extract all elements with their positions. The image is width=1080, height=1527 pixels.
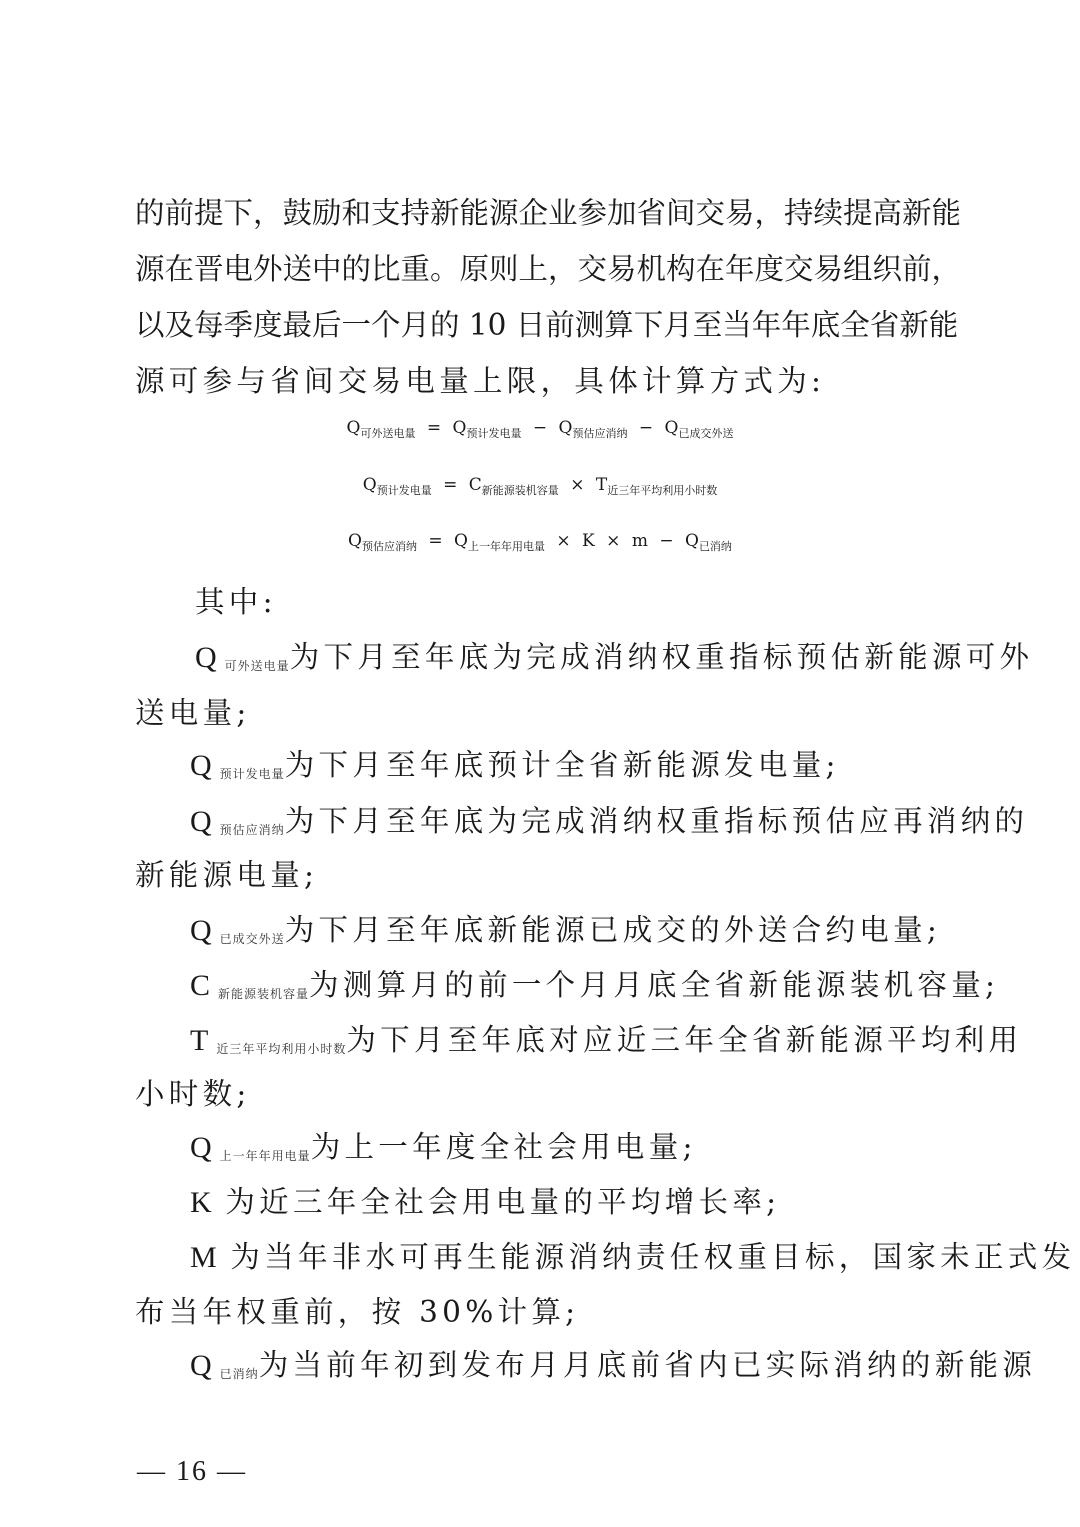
formula-var: Q: [665, 418, 679, 438]
formula-var: Q: [348, 531, 362, 551]
body-text-line: 源可参与省间交易电量上限，具体计算方式为:: [135, 361, 947, 401]
formula-subscript: 预计发电量: [377, 484, 432, 497]
definition-symbol: M: [190, 1241, 217, 1274]
formula-1: Q可外送电量 = Q预计发电量 − Q预估应消纳 − Q已成交外送: [0, 416, 1080, 446]
page-number: — 16 —: [137, 1455, 247, 1489]
definition-subscript: 预估应消纳: [220, 823, 285, 837]
formula-var: m: [632, 531, 648, 551]
formula-var: T: [596, 475, 607, 495]
formula-operator: ×: [570, 475, 584, 495]
formula-subscript: 预估应消纳: [362, 540, 417, 553]
definition-symbol: K: [190, 1186, 212, 1219]
definition-text: 为下月至年底新能源已成交的外送合约电量;: [285, 913, 941, 947]
formula-operator: −: [639, 418, 653, 438]
definition-text: 为测算月的前一个月月底全省新能源装机容量;: [309, 968, 999, 1002]
formula-var: Q: [454, 531, 468, 551]
formula-operator: ×: [556, 531, 570, 551]
formula-operator: −: [659, 531, 673, 551]
definition-q-contracted-export: Q已成交外送为下月至年底新能源已成交的外送合约电量;: [190, 910, 1002, 959]
definition-subscript: 上一年年用电量: [220, 1149, 311, 1163]
definition-subscript: 已消纳: [220, 1367, 259, 1381]
definition-q-estimated-consumption: Q预估应消纳为下月至年底为完成消纳权重指标预估应再消纳的: [190, 801, 1002, 850]
formula-subscript: 预计发电量: [466, 427, 521, 440]
definition-symbol: Q: [195, 641, 217, 674]
definition-symbol: C: [190, 969, 210, 1002]
definition-symbol: Q: [190, 1349, 212, 1382]
definition-continuation: 新能源电量;: [135, 855, 947, 895]
formula-operator: =: [427, 418, 441, 438]
formula-var: Q: [453, 418, 467, 438]
definition-text: 为下月至年底对应近三年全省新能源平均利用: [346, 1023, 1022, 1057]
formula-2: Q预计发电量 = C新能源装机容量 × T近三年平均利用小时数: [0, 473, 1080, 503]
definition-continuation: 小时数;: [135, 1074, 947, 1114]
formula-subscript: 已消纳: [699, 540, 732, 553]
formula-var: Q: [559, 418, 573, 438]
definition-text: 为上一年度全社会用电量;: [311, 1130, 697, 1164]
body-text-line: 源在晋电外送中的比重。原则上，交易机构在年度交易组织前，: [135, 249, 947, 289]
definition-subscript: 可外送电量: [225, 659, 290, 673]
definition-text: 为当前年初到发布月月底前省内已实际消纳的新能源: [259, 1348, 1036, 1382]
definition-m-weight-target: M 为当年非水可再生能源消纳责任权重目标，国家未正式发: [190, 1237, 1002, 1278]
formula-operator: =: [428, 531, 442, 551]
formula-var: Q: [347, 418, 361, 438]
formula-subscript: 预估应消纳: [572, 427, 627, 440]
definition-subscript: 预计发电量: [220, 767, 285, 781]
formula-subscript: 已成交外送: [678, 427, 733, 440]
definition-subscript: 新能源装机容量: [218, 987, 309, 1001]
formula-subscript: 上一年年用电量: [468, 540, 545, 553]
definition-symbol: T: [190, 1024, 208, 1057]
definition-symbol: Q: [190, 749, 212, 782]
definition-text: 为下月至年底为完成消纳权重指标预估应再消纳的: [285, 804, 1029, 838]
definition-q-consumed: Q已消纳为当前年初到发布月月底前省内已实际消纳的新能源: [190, 1345, 1002, 1394]
definition-c-installed-capacity: C新能源装机容量为测算月的前一个月月底全省新能源装机容量;: [190, 965, 1002, 1014]
body-text-line: 以及每季度最后一个月的 10 日前测算下月至当年年底全省新能: [135, 305, 947, 345]
definition-symbol: Q: [190, 1131, 212, 1164]
definition-subscript: 近三年平均利用小时数: [216, 1042, 346, 1056]
definition-text: 为下月至年底为完成消纳权重指标预估新能源可外: [290, 640, 1034, 674]
definition-subscript: 已成交外送: [220, 932, 285, 946]
formula-var: Q: [363, 475, 377, 495]
formula-var: Q: [685, 531, 699, 551]
definition-text: 为近三年全社会用电量的平均增长率;: [212, 1185, 781, 1219]
definition-continuation: 送电量;: [135, 693, 947, 733]
definition-text: 为下月至年底预计全省新能源发电量;: [285, 748, 840, 782]
definition-text: 为当年非水可再生能源消纳责任权重目标，国家未正式发: [217, 1240, 1076, 1274]
definition-continuation: 布当年权重前，按 30%计算;: [135, 1292, 947, 1332]
definition-q-exportable: Q可外送电量为下月至年底为完成消纳权重指标预估新能源可外: [195, 637, 1007, 686]
body-text-line: 的前提下，鼓励和支持新能源企业参加省间交易，持续提高新能: [135, 193, 947, 233]
formula-operator: −: [533, 418, 547, 438]
definition-k-growth-rate: K 为近三年全社会用电量的平均增长率;: [190, 1182, 1002, 1223]
definition-q-last-year-consumption: Q上一年年用电量为上一年度全社会用电量;: [190, 1127, 1002, 1176]
formula-3: Q预估应消纳 = Q上一年年用电量 × K × m − Q已消纳: [0, 529, 1080, 559]
formula-operator: ×: [606, 531, 620, 551]
formula-operator: =: [443, 475, 457, 495]
formula-var: K: [582, 531, 595, 551]
formula-subscript: 可外送电量: [360, 427, 415, 440]
definition-symbol: Q: [190, 914, 212, 947]
definition-t-utilization-hours: T近三年平均利用小时数为下月至年底对应近三年全省新能源平均利用: [190, 1020, 1002, 1069]
formula-var: C: [469, 475, 482, 495]
where-label: 其中:: [195, 582, 1007, 622]
formula-subscript: 新能源装机容量: [482, 484, 559, 497]
definition-symbol: Q: [190, 805, 212, 838]
formula-subscript: 近三年平均利用小时数: [607, 484, 717, 497]
definition-q-forecast-generation: Q预计发电量为下月至年底预计全省新能源发电量;: [190, 745, 1002, 794]
